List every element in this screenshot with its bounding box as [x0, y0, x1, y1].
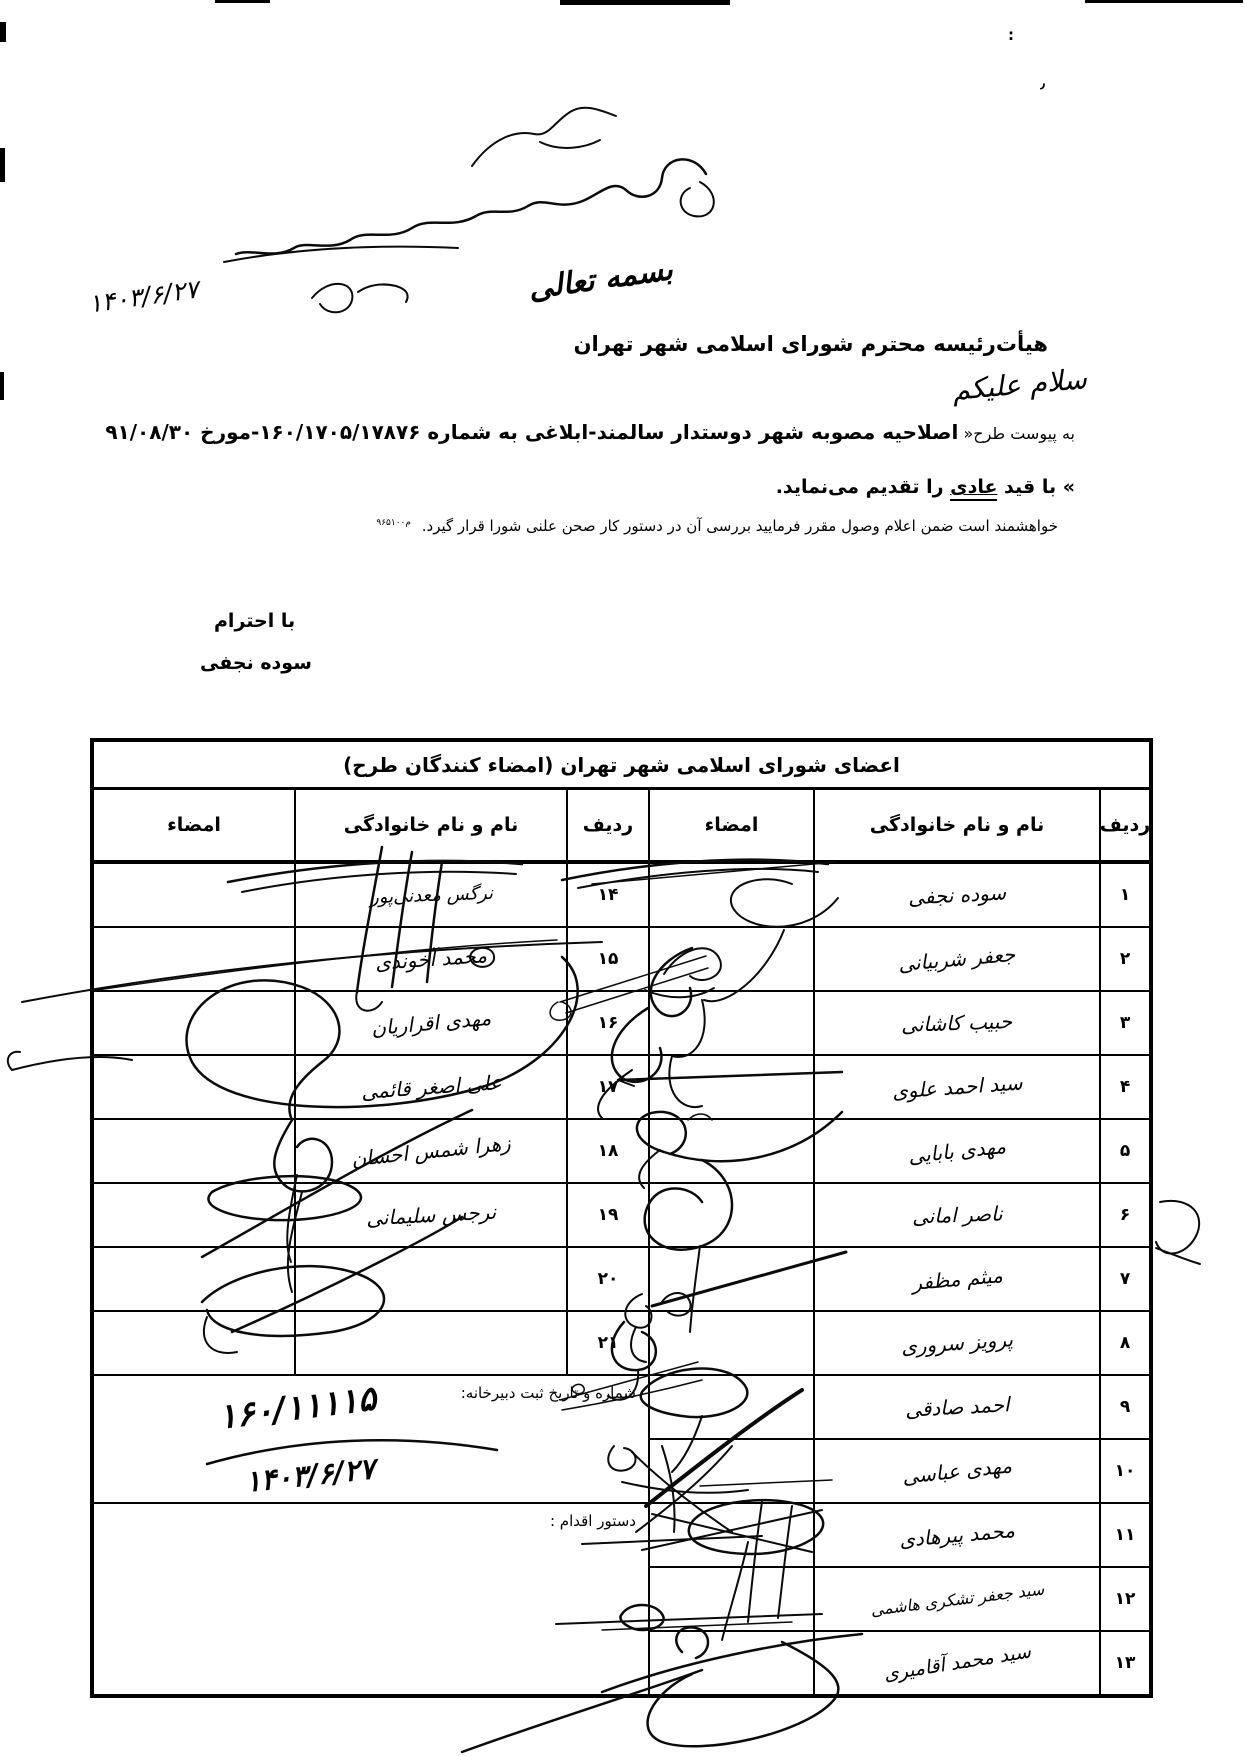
signature-cell: [93, 1055, 295, 1119]
scan-artifact: [1085, 0, 1243, 3]
header-row-left: ردیف: [567, 789, 649, 863]
row-number-cell: ۱۸: [567, 1119, 649, 1183]
row-number-cell: ۱: [1100, 863, 1150, 927]
row-number-cell: ۵: [1100, 1119, 1150, 1183]
recipient-line: هیأت‌رئیسه محترم شورای اسلامی شهر تهران: [574, 332, 1048, 356]
body-line-3-text: خواهشمند است ضمن اعلام وصول مقرر فرمایید…: [422, 517, 1058, 535]
body-line-1: به پیوست طرح« اصلاحیه مصوبه شهر دوستدار …: [105, 420, 1075, 444]
header-row-right: ردیف: [1100, 789, 1150, 863]
signature-cell: [93, 1247, 295, 1311]
body-line-2-underlined-word: عادی: [950, 476, 997, 501]
header-sig-left: امضاء: [93, 789, 295, 863]
scanned-letter-page: : ٫ ۱۴۰۳/۶/۲۷ بسمه تعالی هیأت‌رئیسه محتر…: [0, 0, 1245, 1756]
member-name-cell: حبیب کاشانی: [814, 991, 1100, 1055]
member-name-cell: نرجس سلیمانی: [295, 1183, 567, 1247]
member-name-cell: [295, 1247, 567, 1311]
signature-cell: [649, 1567, 814, 1631]
member-name-cell: ناصر امانی: [814, 1183, 1100, 1247]
member-name-cell: مهدی بابایی: [814, 1119, 1100, 1183]
signature-cell: [93, 1183, 295, 1247]
header-name-left: نام و نام خانوادگی: [295, 789, 567, 863]
member-name-cell: مهدی اقراریان: [295, 991, 567, 1055]
row-number-cell: ۱۶: [567, 991, 649, 1055]
row-number-cell: ۱۱: [1100, 1503, 1150, 1567]
besmeleh-calligraphy: بسمه تعالی: [526, 252, 675, 307]
body-line-2-suffix: را تقدیم می‌نماید.: [776, 476, 944, 498]
row-number-cell: ۳: [1100, 991, 1150, 1055]
member-name-cell: مهدی عباسی: [814, 1439, 1100, 1503]
member-name-cell: جعفر شربیانی: [814, 927, 1100, 991]
signature-cell: [93, 927, 295, 991]
row-number-cell: ۲۰: [567, 1247, 649, 1311]
body-line-2-prefix: » با قید: [997, 476, 1075, 498]
members-table: اعضای شورای اسلامی شهر تهران (امضاء کنند…: [90, 738, 1153, 1698]
row-number-cell: ۱۴: [567, 863, 649, 927]
body-line-1-bold: اصلاحیه مصوبه شهر دوستدار سالمند-ابلاغی …: [105, 420, 958, 444]
signature-cell: [649, 927, 814, 991]
signature-cell: [93, 863, 295, 927]
member-name-cell: پرویز سروری: [814, 1311, 1100, 1375]
table-title: اعضای شورای اسلامی شهر تهران (امضاء کنند…: [93, 741, 1150, 789]
member-name-cell: سید محمد آقامیری: [814, 1631, 1100, 1695]
stray-mark: ٫: [1040, 76, 1045, 92]
signature-cell: [649, 1183, 814, 1247]
member-name-cell: محمد پیرهادی: [814, 1503, 1100, 1567]
salutation-handwriting: سلام علیکم: [951, 362, 1088, 407]
body-line-2: » با قید عادی را تقدیم می‌نماید.: [776, 476, 1075, 498]
member-name-cell: سید احمد علوی: [814, 1055, 1100, 1119]
member-name-cell: میثم مظفر: [814, 1247, 1100, 1311]
header-sig-right: امضاء: [649, 789, 814, 863]
member-name-cell: علی اصغر قائمی: [295, 1055, 567, 1119]
signature-cell: [649, 1631, 814, 1695]
scan-artifact: [0, 372, 4, 400]
member-name-cell: [295, 1311, 567, 1375]
signature-cell: [93, 1311, 295, 1375]
scan-artifact: [0, 22, 6, 42]
handwritten-note-date: ۱۴۰۳/۶/۲۷: [87, 274, 201, 318]
row-number-cell: ۸: [1100, 1311, 1150, 1375]
secretariat-label: شماره و تاریخ ثبت دبیرخانه:: [461, 1384, 636, 1402]
row-number-cell: ۴: [1100, 1055, 1150, 1119]
member-name-cell: نرگس معدنی‌پور: [295, 863, 567, 927]
stray-mark: :: [1008, 26, 1014, 44]
member-name-cell: احمد صادقی: [814, 1375, 1100, 1439]
scan-artifact: [0, 148, 5, 182]
row-number-cell: ۲: [1100, 927, 1150, 991]
row-number-cell: ۶: [1100, 1183, 1150, 1247]
signature-cell: [649, 991, 814, 1055]
closing-phrase: با احترام: [214, 610, 295, 632]
signature-cell: [649, 1439, 814, 1503]
signature-cell: [649, 1119, 814, 1183]
row-number-cell: ۱۳: [1100, 1631, 1150, 1695]
row-number-cell: ۱۰: [1100, 1439, 1150, 1503]
member-name-cell: محمد آخوندی: [295, 927, 567, 991]
signature-cell: [649, 1247, 814, 1311]
tracking-ref: م۹۶۵۱۰۰: [376, 518, 411, 528]
body-line-3: خواهشمند است ضمن اعلام وصول مقرر فرمایید…: [376, 517, 1058, 535]
body-line-1-prefix: به پیوست طرح«: [963, 424, 1075, 443]
row-number-cell: ۹: [1100, 1375, 1150, 1439]
signature-cell: [93, 1119, 295, 1183]
action-order-cell: دستور اقدام :: [93, 1503, 649, 1695]
action-order-label: دستور اقدام :: [550, 1512, 636, 1530]
row-number-cell: ۷: [1100, 1247, 1150, 1311]
signature-cell: [649, 1055, 814, 1119]
row-number-cell: ۱۵: [567, 927, 649, 991]
row-number-cell: ۲۱: [567, 1311, 649, 1375]
row-number-cell: ۱۲: [1100, 1567, 1150, 1631]
signature-cell: [649, 863, 814, 927]
member-name-cell: سید جعفر تشکری هاشمی: [814, 1567, 1100, 1631]
signature-cell: [93, 991, 295, 1055]
row-number-cell: ۱۹: [567, 1183, 649, 1247]
row-number-cell: ۱۷: [567, 1055, 649, 1119]
scan-artifact: [560, 0, 730, 5]
signer-name: سوده نجفی: [200, 652, 312, 674]
signature-cell: [649, 1503, 814, 1567]
scan-artifact: [215, 0, 270, 3]
signature-cell: [649, 1375, 814, 1439]
member-name-cell: زهرا شمس احسان: [295, 1119, 567, 1183]
member-name-cell: سوده نجفی: [814, 863, 1100, 927]
header-name-right: نام و نام خانوادگی: [814, 789, 1100, 863]
signature-cell: [649, 1311, 814, 1375]
